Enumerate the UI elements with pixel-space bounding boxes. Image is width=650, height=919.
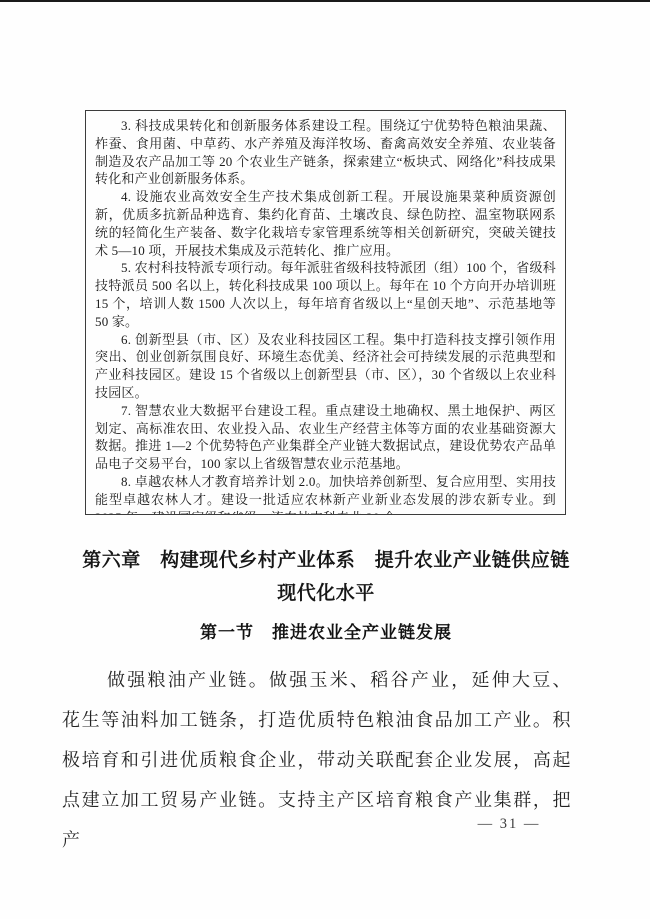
chapter-heading-line-2: 现代化水平 xyxy=(60,577,592,610)
page-top-edge-line xyxy=(0,0,650,2)
numbered-paragraph-7: 7. 智慧农业大数据平台建设工程。重点建设土地确权、黑土地保护、两区划定、高标准… xyxy=(95,402,556,473)
numbered-paragraph-6: 6. 创新型县（市、区）及农业科技园区工程。集中打造科技支撑引领作用突出、创业创… xyxy=(95,331,556,402)
numbered-paragraph-8: 8. 卓越农林人才教育培养计划 2.0。加快培养创新型、复合应用型、实用技能型卓… xyxy=(95,473,556,515)
chapter-heading-line-1: 第六章 构建现代乡村产业体系 提升农业产业链供应链 xyxy=(60,544,592,577)
numbered-paragraph-4: 4. 设施农业高效安全生产技术集成创新工程。开展设施果菜种质资源创新，优质多抗新… xyxy=(95,188,556,259)
page-number: — 31 — xyxy=(454,816,564,833)
document-page: 3. 科技成果转化和创新服务体系建设工程。围绕辽宁优势特色粮油果蔬、柞蚕、食用菌… xyxy=(0,0,650,919)
numbered-paragraph-3: 3. 科技成果转化和创新服务体系建设工程。围绕辽宁优势特色粮油果蔬、柞蚕、食用菌… xyxy=(95,117,556,188)
numbered-paragraph-5: 5. 农村科技特派专项行动。每年派驻省级科技特派团（组）100 个，省级科技特派… xyxy=(95,259,556,330)
chapter-heading: 第六章 构建现代乡村产业体系 提升农业产业链供应链 现代化水平 xyxy=(60,544,592,610)
section-heading: 第一节 推进农业全产业链发展 xyxy=(60,620,592,646)
project-list-box: 3. 科技成果转化和创新服务体系建设工程。围绕辽宁优势特色粮油果蔬、柞蚕、食用菌… xyxy=(85,110,566,515)
